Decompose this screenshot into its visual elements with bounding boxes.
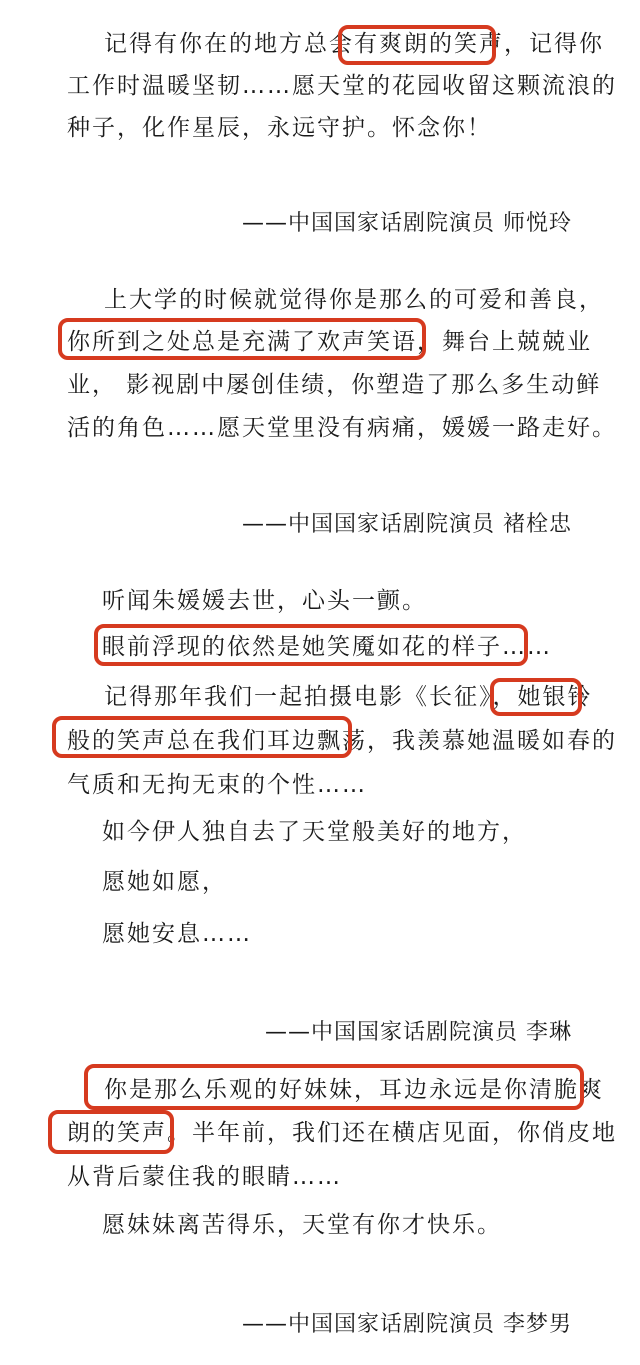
text-line: 活的角色……愿天堂里没有病痛，媛媛一路走好。 bbox=[67, 413, 617, 443]
highlight-box bbox=[48, 1110, 174, 1154]
text-line: 气质和无拘无束的个性…… bbox=[67, 770, 367, 800]
highlight-box bbox=[58, 318, 426, 360]
highlight-box bbox=[94, 624, 528, 666]
signature: ——中国国家话剧院演员 褚栓忠 bbox=[242, 510, 572, 540]
text-line: 种子，化作星辰，永远守护。怀念你！ bbox=[67, 113, 492, 143]
signature: ——中国国家话剧院演员 李梦男 bbox=[242, 1310, 572, 1340]
text-line: 听闻朱媛媛去世，心头一颤。 bbox=[102, 586, 427, 616]
highlight-box bbox=[84, 1064, 584, 1110]
text-line: 工作时温暖坚韧……愿天堂的花园收留这颗流浪的 bbox=[67, 71, 617, 101]
signature: ——中国国家话剧院演员 师悦玲 bbox=[242, 209, 572, 239]
text-line: 业， 影视剧中屡创佳绩，你塑造了那么多生动鲜 bbox=[67, 370, 601, 400]
text-line: 上大学的时候就觉得你是那么的可爱和善良， bbox=[104, 285, 604, 315]
highlight-box bbox=[52, 716, 352, 758]
text-line: 愿她如愿， bbox=[102, 867, 227, 897]
text-line: 愿妹妹离苦得乐，天堂有你才快乐。 bbox=[102, 1210, 502, 1240]
text-line: 愿她安息…… bbox=[102, 919, 252, 949]
highlight-box bbox=[338, 25, 496, 65]
highlight-box bbox=[490, 678, 582, 716]
text-line: 从背后蒙住我的眼睛…… bbox=[67, 1162, 342, 1192]
text-line: 如今伊人独自去了天堂般美好的地方， bbox=[102, 817, 527, 847]
signature: ——中国国家话剧院演员 李琳 bbox=[265, 1018, 572, 1048]
